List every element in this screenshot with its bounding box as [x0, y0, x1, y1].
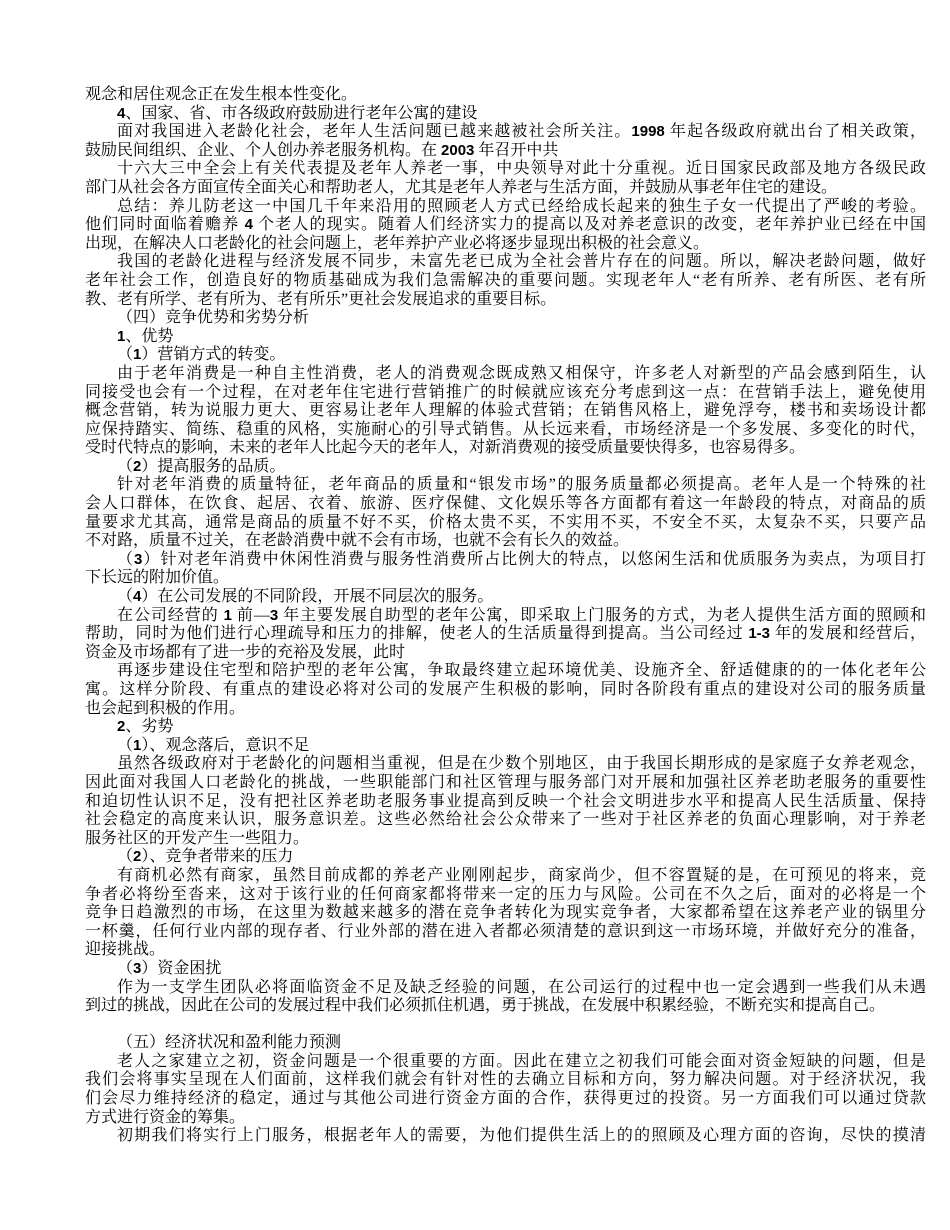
- text-line: 同接受也会有一个过程，在对老年住宅进行营销推广的时候就应该充分考虑到这一点：在营…: [85, 384, 926, 403]
- text-line: 竞争日趋激烈的市场，在这里为数越来越多的潜在竞争者转化为现实竞争者，大家都希望在…: [85, 904, 926, 923]
- numeral: 1: [133, 737, 141, 754]
- text-line: （2）提高服务的品质。: [85, 458, 926, 477]
- text-line: 也会起到积极的作用。: [85, 700, 926, 719]
- text-line: 量要求尤其高，通常是商品的质量不好不买，价格太贵不买，不实用不买，不安全不买，太…: [85, 514, 926, 533]
- numeral: 3: [134, 551, 142, 568]
- text-line: 我国的老龄化进程与经济发展不同步，未富先老已成为全社会普片存在的问题。所以，解决…: [85, 253, 926, 272]
- text-line: （3）针对老年消费中休闲性消费与服务性消费所占比例大的特点，以悠闲生活和优质服务…: [85, 551, 926, 570]
- text-line: 一杯羹，任何行业内部的现存者、行业外部的潜在进入者都必须清楚的意识到这一市场环境…: [85, 923, 926, 942]
- numeral: 2: [133, 458, 141, 475]
- text-line: 不对路，质量不过关，在老龄消费中就不会有市场，也就不会有长久的效益。: [85, 532, 926, 551]
- text-line: 针对老年消费的质量特征，老年商品的质量和“银发市场”的服务质量都必须提高。老年人…: [85, 476, 926, 495]
- text-line: 社会稳定的高度来认识，服务意识差。这些必然给社会公众带来了一些对于社区养老的负面…: [85, 811, 926, 830]
- text-line: 和迫切性认识不足，没有把社区养老助老服务事业提高到反映一个社会文明进步水平和提高…: [85, 793, 926, 812]
- text-line: 4、国家、省、市各级政府鼓励进行老年公寓的建设: [85, 105, 926, 124]
- text-line: 有商机必然有商家，虽然目前成都的养老产业刚刚起步，商家尚少，但不容置疑的是，在可…: [85, 867, 926, 886]
- numeral: 4: [117, 105, 125, 122]
- numeral: 2: [117, 718, 125, 735]
- text-line: （四）竞争优势和劣势分析: [85, 309, 926, 328]
- numeral: 1: [224, 607, 232, 624]
- text-line: 鼓励民间组织、企业、个人创办养老服务机构。在 2003 年召开中共: [85, 142, 926, 161]
- text-line: （3）资金困扰: [85, 960, 926, 979]
- text-line: 寓。这样分阶段、有重点的建设必将对公司的发展产生积极的影响，同时各阶段有重点的建…: [85, 681, 926, 700]
- text-line: 们会尽力维持经济的稳定，通过与其他公司进行资金方面的合作，获得更过的投资。另一方…: [85, 1090, 926, 1109]
- text-line: 会人口群体，在饮食、起居、衣着、旅游、医疗保健、文化娱乐等各方面都有着这一年龄段…: [85, 495, 926, 514]
- text-line: 方式进行资金的筹集。: [85, 1109, 926, 1128]
- text-line: 再逐步建设住宅型和陪护型的老年公寓，争取最终建立起环境优美、设施齐全、舒适健康的…: [85, 662, 926, 681]
- text-line: 因此面对我国人口老龄化的挑战，一些职能部门和社区管理与服务部门对开展和加强社区养…: [85, 774, 926, 793]
- text-line: 部门从社会各方面宣传全面关心和帮助老人，尤其是老年人养老与生活方面，并鼓励从事老…: [85, 179, 926, 198]
- text-line: 资金及市场都有了进一步的充裕及发展，此时: [85, 644, 926, 663]
- text-line: （1）营销方式的转变。: [85, 346, 926, 365]
- text-line: （4）在公司发展的不同阶段，开展不同层次的服务。: [85, 588, 926, 607]
- numeral: 3: [270, 607, 278, 624]
- text-line: 受时代特点的影响，未来的老年人比起今天的老年人，对新消费观的接受质量要快得多，也…: [85, 439, 926, 458]
- text-line: 由于老年消费是一种自主性消费，老人的消费观念既成熟又相保守，许多老人对新型的产品…: [85, 365, 926, 384]
- text-line: 面对我国进入老龄化社会，老年人生活问题已越来越被社会所关注。1998 年起各级政…: [85, 123, 926, 142]
- text-line: 迎接挑战。: [85, 941, 926, 960]
- text-line: 应保持踏实、简练、稳重的风格，实施耐心的引导式销售。从长远来看，市场经济是一个多…: [85, 421, 926, 440]
- text-line: 出现，在解决人口老龄化的社会问题上，老年养护产业必将逐步显现出积极的社会意义。: [85, 235, 926, 254]
- text-line: 老年社会工作，创造良好的物质基础成为我们急需解决的重要问题。实现老年人“老有所养…: [85, 272, 926, 291]
- text-line: （五）经济状况和盈利能力预测: [85, 1034, 926, 1053]
- text-line: 作为一支学生团队必将面临资金不足及缺乏经验的问题，在公司运行的过程中也一定会遇到…: [85, 979, 926, 998]
- document-page: 观念和居住观念正在发生根本性变化。4、国家、省、市各级政府鼓励进行老年公寓的建设…: [0, 0, 950, 1230]
- text-line: 初期我们将实行上门服务，根据老年人的需要，为他们提供生活上的的照顾及心理方面的咨…: [85, 1127, 926, 1146]
- numeral: 4: [245, 216, 253, 233]
- text-line: 概念营销，转为说服力更大、更容易让老年人理解的体验式营销；在销售风格上，避免浮夸…: [85, 402, 926, 421]
- text-line: 下长远的附加价值。: [85, 569, 926, 588]
- text-line: （2）、竞争者带来的压力: [85, 848, 926, 867]
- numeral: 1998: [631, 123, 664, 140]
- numeral: 1: [133, 346, 141, 363]
- numeral: 3: [133, 960, 141, 977]
- text-line: 我们会将事实呈现在人们面前，这样我们就会有针对性的去确立目标和方向，努力解决问题…: [85, 1071, 926, 1090]
- document-body: 观念和居住观念正在发生根本性变化。4、国家、省、市各级政府鼓励进行老年公寓的建设…: [85, 86, 926, 1146]
- text-line: 老人之家建立之初，资金问题是一个很重要的方面。因此在建立之初我们可能会面对资金短…: [85, 1053, 926, 1072]
- text-line: （1）、观念落后，意识不足: [85, 737, 926, 756]
- text-line: 帮助，同时为他们进行心理疏导和压力的排解，使老人的生活质量得到提高。当公司经过 …: [85, 625, 926, 644]
- numeral: 1: [117, 328, 125, 345]
- text-line: 争者必将纷至沓来，这对于该行业的任何商家都将带来一定的压力与风险。公司在不久之后…: [85, 886, 926, 905]
- numeral: 2003: [441, 142, 474, 159]
- text-line: 总结：养儿防老这一中国几千年来沿用的照顾老人方式已经给成长起来的独生子女一代提出…: [85, 198, 926, 217]
- text-line: 1、优势: [85, 328, 926, 347]
- numeral: 1-3: [748, 625, 770, 642]
- numeral: 2: [133, 848, 141, 865]
- text-line: 他们同时面临着赡养 4 个老人的现实。随着人们经济实力的提高以及对养老意识的改变…: [85, 216, 926, 235]
- text-line: 服务社区的开发产生一些阻力。: [85, 830, 926, 849]
- text-line: 观念和居住观念正在发生根本性变化。: [85, 86, 926, 105]
- text-line: 在公司经营的 1 前—3 年主要发展自助型的老年公寓，即采取上门服务的方式，为老…: [85, 607, 926, 626]
- numeral: 4: [133, 588, 141, 605]
- blank-line: [85, 1016, 926, 1035]
- text-line: 教、老有所学、老有所为、老有所乐”更社会发展追求的重要目标。: [85, 291, 926, 310]
- text-line: 虽然各级政府对于老龄化的问题相当重视，但是在少数个别地区，由于我国长期形成的是家…: [85, 755, 926, 774]
- text-line: 十六大三中全会上有关代表提及老年人养老一事，中央领导对此十分重视。近日国家民政部…: [85, 160, 926, 179]
- text-line: 2、劣势: [85, 718, 926, 737]
- text-line: 到过的挑战，因此在公司的发展过程中我们必须抓住机遇，勇于挑战，在发展中积累经验，…: [85, 997, 926, 1016]
